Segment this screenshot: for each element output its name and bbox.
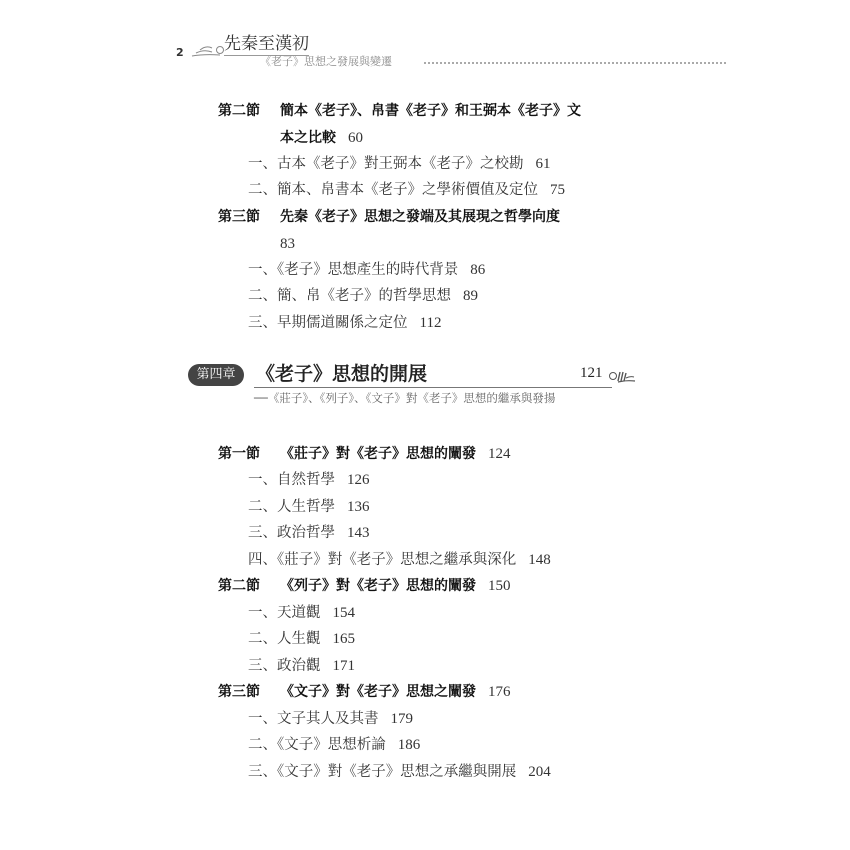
toc-sub-entry[interactable]: 二、人生哲學136	[248, 496, 370, 517]
chapter-badge: 第四章	[188, 364, 244, 386]
toc-sub-entry[interactable]: 四、《莊子》對《老子》思想之繼承與深化148	[248, 549, 551, 570]
toc-section-continuation[interactable]: 83	[268, 233, 295, 254]
page-ref: 136	[347, 499, 370, 515]
sub-title: 四、《莊子》對《老子》思想之繼承與深化	[248, 552, 516, 568]
toc-sub-entry[interactable]: 一、《老子》思想產生的時代背景86	[248, 259, 485, 280]
toc-sub-entry[interactable]: 二、簡本、帛書本《老子》之學術價值及定位75	[248, 179, 565, 200]
sub-title: 二、簡、帛《老子》的哲學思想	[248, 288, 451, 304]
running-head: 2 先秦至漢初 《老子》思想之發展與變遷	[176, 34, 736, 74]
page-ref: 148	[528, 552, 551, 568]
toc-section-entry[interactable]: 第二節《列子》對《老子》思想的闡發150	[218, 575, 511, 596]
page-ref: 179	[391, 711, 414, 727]
section-label: 第二節	[218, 101, 280, 121]
sub-title: 二、人生哲學	[248, 499, 335, 515]
sub-title: 二、《文子》思想析論	[248, 737, 386, 753]
sub-title: 一、《老子》思想產生的時代背景	[248, 262, 458, 278]
book-title: 先秦至漢初	[224, 34, 309, 56]
sub-title: 二、簡本、帛書本《老子》之學術價值及定位	[248, 182, 538, 198]
page-ref: 124	[488, 446, 511, 462]
toc-section-entry[interactable]: 第三節先秦《老子》思想之發端及其展現之哲學向度	[218, 206, 560, 227]
dotted-rule	[424, 62, 726, 64]
chapter-rule	[254, 387, 612, 388]
page-ref: 75	[550, 182, 565, 198]
floral-flourish-icon	[190, 42, 224, 58]
section-title: 簡本《老子》、帛書《老子》和王弼本《老子》文	[280, 103, 581, 119]
toc-sub-entry[interactable]: 三、政治哲學143	[248, 522, 370, 543]
page-ref: 154	[333, 605, 356, 621]
sub-title: 三、政治觀	[248, 658, 321, 674]
toc-sub-entry[interactable]: 一、天道觀154	[248, 602, 355, 623]
page-ref: 60	[348, 130, 363, 146]
section-title: 本之比較	[280, 130, 336, 146]
section-title: 《列子》對《老子》思想的闡發	[280, 578, 476, 594]
page-ref: 86	[470, 262, 485, 278]
page-ref: 186	[398, 737, 421, 753]
page-ref: 204	[528, 764, 551, 780]
toc-sub-entry[interactable]: 二、《文子》思想析論186	[248, 734, 420, 755]
chapter-title: 《老子》思想的開展	[256, 362, 427, 386]
section-title: 先秦《老子》思想之發端及其展現之哲學向度	[280, 209, 560, 225]
toc-sub-entry[interactable]: 二、簡、帛《老子》的哲學思想89	[248, 285, 478, 306]
chapter-heading[interactable]: 第四章 《老子》思想的開展 121 ──《莊子》、《列子》、《文子》對《老子》思…	[188, 362, 638, 412]
floral-flourish-icon	[608, 368, 636, 384]
toc-sub-entry[interactable]: 一、古本《老子》對王弼本《老子》之校勘61	[248, 153, 551, 174]
sub-title: 一、古本《老子》對王弼本《老子》之校勘	[248, 156, 524, 172]
page-ref: 171	[333, 658, 356, 674]
sub-title: 三、《文子》對《老子》思想之承繼與開展	[248, 764, 516, 780]
toc-sub-entry[interactable]: 二、人生觀165	[248, 628, 355, 649]
toc-sub-entry[interactable]: 三、《文子》對《老子》思想之承繼與開展204	[248, 761, 551, 782]
sub-title: 一、自然哲學	[248, 472, 335, 488]
page-ref: 83	[280, 236, 295, 252]
toc-section-entry[interactable]: 第二節簡本《老子》、帛書《老子》和王弼本《老子》文	[218, 100, 581, 121]
page-ref: 112	[420, 315, 442, 331]
section-label: 第三節	[218, 682, 280, 702]
toc-section-continuation[interactable]: 本之比較60	[280, 127, 363, 148]
toc-section-entry[interactable]: 第三節《文子》對《老子》思想之闡發176	[218, 681, 511, 702]
section-title: 《莊子》對《老子》思想的闡發	[280, 446, 476, 462]
page-ref: 165	[333, 631, 356, 647]
sub-title: 三、政治哲學	[248, 525, 335, 541]
sub-title: 一、天道觀	[248, 605, 321, 621]
toc-sub-entry[interactable]: 三、早期儒道關係之定位112	[248, 312, 441, 333]
page-ref: 143	[347, 525, 370, 541]
page-ref: 89	[463, 288, 478, 304]
chapter-subtitle: ──《莊子》、《列子》、《文子》對《老子》思想的繼承與發揚	[254, 390, 555, 406]
section-label: 第一節	[218, 444, 280, 464]
toc-sub-entry[interactable]: 一、自然哲學126	[248, 469, 370, 490]
page-number: 2	[176, 46, 184, 59]
toc-sub-entry[interactable]: 一、文子其人及其書179	[248, 708, 413, 729]
section-label: 第三節	[218, 207, 280, 227]
toc-section-entry[interactable]: 第一節《莊子》對《老子》思想的闡發124	[218, 443, 511, 464]
section-label: 第二節	[218, 576, 280, 596]
chapter-page: 121	[580, 365, 603, 382]
page-ref: 61	[536, 156, 551, 172]
toc-sub-entry[interactable]: 三、政治觀171	[248, 655, 355, 676]
sub-title: 一、文子其人及其書	[248, 711, 379, 727]
sub-title: 二、人生觀	[248, 631, 321, 647]
page-ref: 150	[488, 578, 511, 594]
page-ref: 176	[488, 684, 511, 700]
page-ref: 126	[347, 472, 370, 488]
sub-title: 三、早期儒道關係之定位	[248, 315, 408, 331]
book-subtitle: 《老子》思想之發展與變遷	[260, 55, 392, 69]
section-title: 《文子》對《老子》思想之闡發	[280, 684, 476, 700]
